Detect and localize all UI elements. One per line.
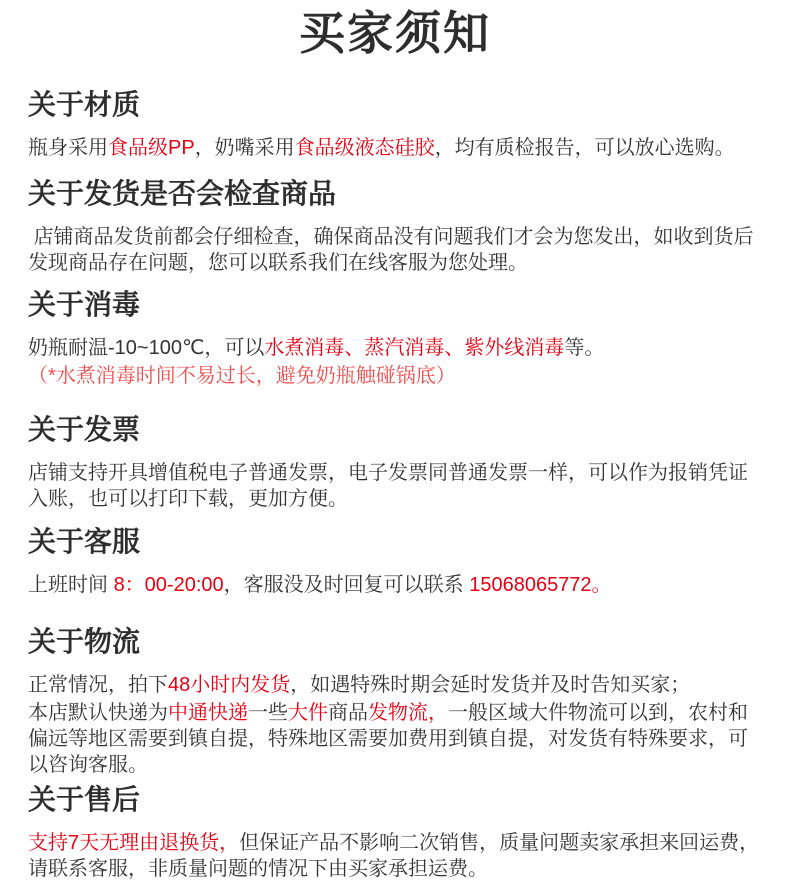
highlighted-text: 15068065772。 — [469, 574, 611, 596]
paragraph: 支持7天无理由退换货，但保证产品不影响二次销售，质量问题卖家承担来回运费，请联系… — [28, 830, 762, 882]
highlighted-text: 支持7天无理由退换货， — [28, 832, 239, 854]
highlighted-text: 食品级PP — [108, 137, 195, 159]
body-text: 正常情况，拍下 — [28, 674, 168, 696]
section-heading-invoice: 关于发票 — [28, 413, 762, 447]
body-text: 本店默认快递为 — [28, 702, 168, 724]
paragraph-note: （*水煮消毒时间不易过长，避免奶瓶触碰锅底） — [28, 363, 762, 389]
paragraph: 店铺支持开具增值税电子普通发票，电子发票同普通发票一样，可以作为报销凭证入账，也… — [28, 460, 762, 512]
body-text: 一些 — [248, 702, 288, 724]
body-text: 瓶身采用 — [28, 137, 108, 159]
highlighted-text: 48小时内发货 — [168, 674, 290, 696]
highlighted-text: 水煮消毒、蒸汽消毒、紫外线消毒 — [264, 337, 564, 359]
body-text: 等。 — [564, 337, 604, 359]
page-title: 买家须知 — [28, 8, 762, 58]
body-text: ，奶嘴采用 — [195, 137, 295, 159]
paragraph: 奶瓶耐温-10~100℃，可以水煮消毒、蒸汽消毒、紫外线消毒等。 — [28, 335, 762, 361]
highlighted-text: 中通快递 — [168, 702, 248, 724]
paragraph: 瓶身采用食品级PP，奶嘴采用食品级液态硅胶，均有质检报告，可以放心选购。 — [28, 135, 762, 161]
section-logistics: 关于物流 正常情况，拍下48小时内发货，如遇特殊时期会延时发货并及时告知买家； … — [28, 625, 762, 778]
body-text: 商品 — [328, 702, 368, 724]
section-heading-sterilization: 关于消毒 — [28, 288, 762, 322]
section-shipping-inspection: 关于发货是否会检查商品 店铺商品发货前都会仔细检查，确保商品没有问题我们才会为您… — [28, 177, 762, 276]
body-text: ，客服没及时回复可以联系 — [224, 574, 470, 596]
section-after-sales: 关于售后 支持7天无理由退换货，但保证产品不影响二次销售，质量问题卖家承担来回运… — [28, 783, 762, 882]
section-heading-logistics: 关于物流 — [28, 625, 762, 659]
section-material: 关于材质 瓶身采用食品级PP，奶嘴采用食品级液态硅胶，均有质检报告，可以放心选购… — [28, 88, 762, 161]
paragraph: 店铺商品发货前都会仔细检查，确保商品没有问题我们才会为您发出，如收到货后发现商品… — [28, 224, 762, 276]
paragraph: 本店默认快递为中通快递一些大件商品发物流，一般区域大件物流可以到，农村和偏远等地… — [28, 700, 762, 778]
paragraph: 正常情况，拍下48小时内发货，如遇特殊时期会延时发货并及时告知买家； — [28, 672, 762, 698]
highlighted-text: 大件 — [288, 702, 328, 724]
body-text: 店铺支持开具增值税电子普通发票，电子发票同普通发票一样，可以作为报销凭证入账，也… — [28, 462, 748, 510]
section-customer-service: 关于客服 上班时间 8：00-20:00，客服没及时回复可以联系 1506806… — [28, 525, 762, 598]
paragraph: 上班时间 8：00-20:00，客服没及时回复可以联系 15068065772。 — [28, 572, 762, 598]
highlighted-text: （*水煮消毒时间不易过长，避免奶瓶触碰锅底） — [28, 365, 456, 387]
buyer-notice-document: 买家须知 关于材质 瓶身采用食品级PP，奶嘴采用食品级液态硅胶，均有质检报告，可… — [0, 0, 790, 882]
section-sterilization: 关于消毒 奶瓶耐温-10~100℃，可以水煮消毒、蒸汽消毒、紫外线消毒等。 （*… — [28, 288, 762, 389]
section-heading-after-sales: 关于售后 — [28, 783, 762, 817]
section-heading-material: 关于材质 — [28, 88, 762, 122]
section-heading-customer-service: 关于客服 — [28, 525, 762, 559]
body-text: ，均有质检报告，可以放心选购。 — [435, 137, 735, 159]
highlighted-text: 8：00-20:00 — [114, 574, 224, 596]
body-text: 店铺商品发货前都会仔细检查，确保商品没有问题我们才会为您发出，如收到货后发现商品… — [28, 226, 754, 274]
highlighted-text: 食品级液态硅胶 — [295, 137, 435, 159]
section-heading-shipping-inspection: 关于发货是否会检查商品 — [28, 177, 762, 211]
body-text: 奶瓶耐温-10~100℃，可以 — [28, 337, 264, 359]
section-invoice: 关于发票 店铺支持开具增值税电子普通发票，电子发票同普通发票一样，可以作为报销凭… — [28, 413, 762, 512]
highlighted-text: 发物流， — [368, 702, 448, 724]
body-text: ，如遇特殊时期会延时发货并及时告知买家； — [290, 674, 690, 696]
body-text: 上班时间 — [28, 574, 114, 596]
